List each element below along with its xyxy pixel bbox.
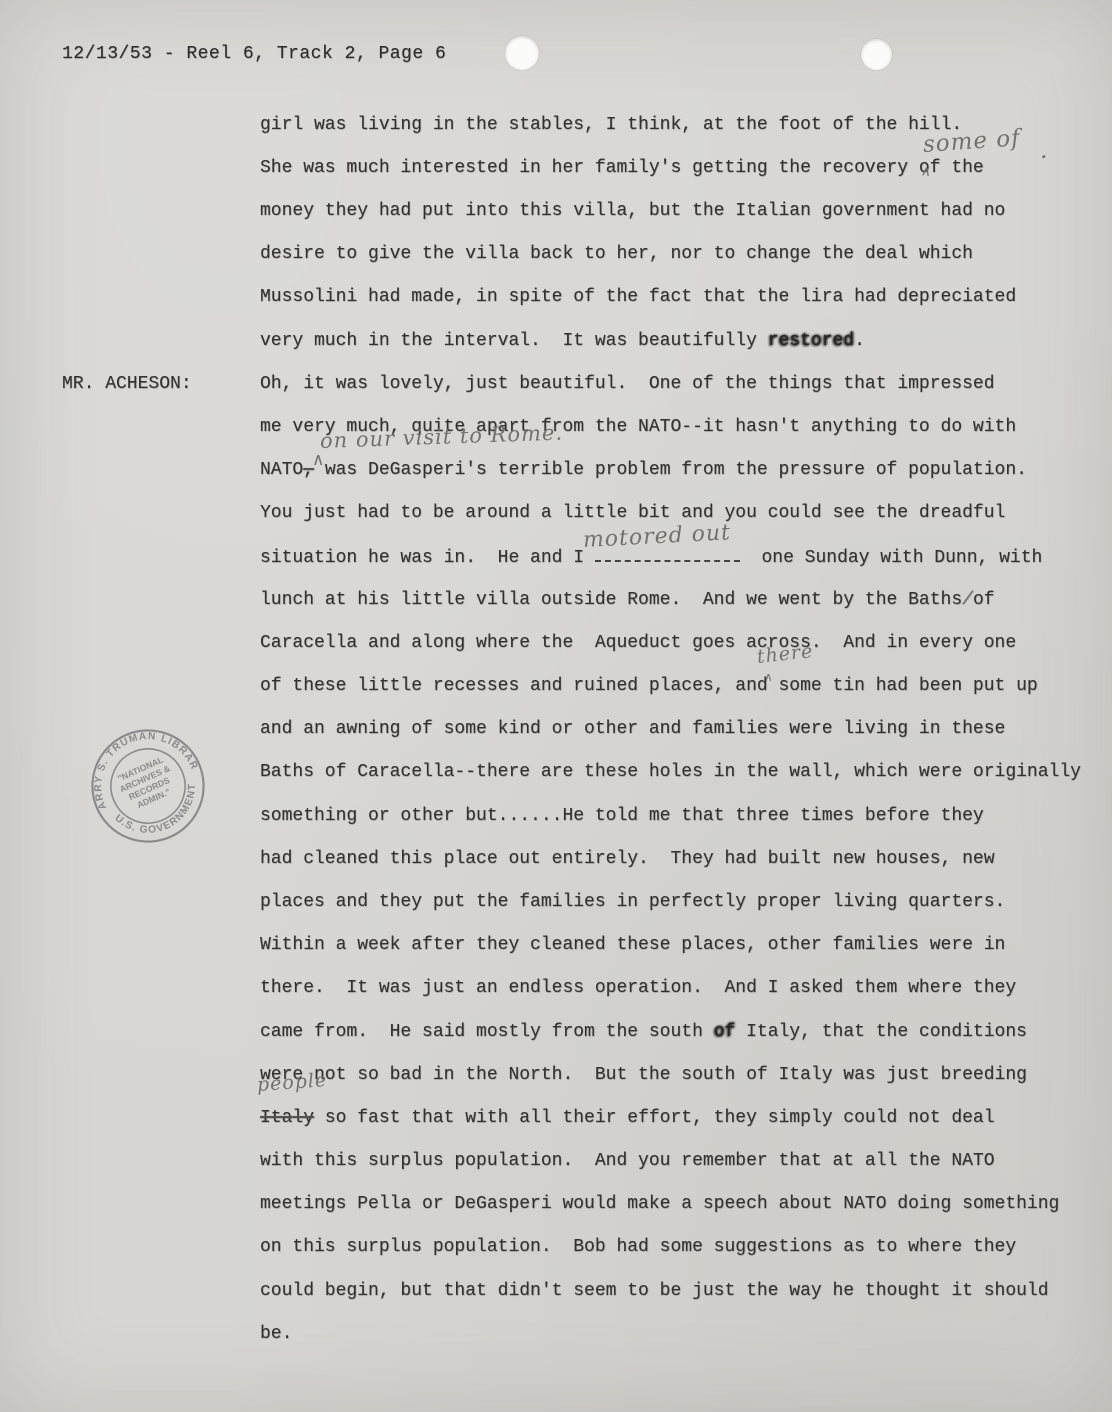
line-text: of these little recesses and ruined plac… [260, 676, 1038, 696]
line-text: lunch at his little villa outside Rome. … [260, 590, 995, 610]
line-text: You just had to be around a little bit a… [260, 503, 1005, 523]
transcript-line: with this surplus population. And you re… [0, 1140, 1112, 1183]
text-segment: there. It was just an endless operation.… [260, 978, 1016, 998]
text-segment: / [962, 590, 973, 610]
text-segment: and an awning of some kind or other and … [260, 719, 1005, 739]
text-segment: very much in the interval. It was beauti… [260, 331, 768, 351]
text-segment: lunch at his little villa outside Rome. … [260, 590, 962, 610]
transcript-line: there. It was just an endless operation.… [0, 967, 1112, 1010]
transcript-line: lunch at his little villa outside Rome. … [0, 578, 1112, 621]
transcript-line: situation he was in. He and I one Sunday… [0, 535, 1112, 578]
text-segment: NATO [260, 460, 303, 480]
transcript-line: Italy so fast that with all their effort… [0, 1096, 1112, 1139]
transcript-line: places and they put the families in perf… [0, 880, 1112, 923]
text-segment: me very much, quite apart from the NATO-… [260, 417, 1016, 437]
line-text: Italy so fast that with all their effort… [260, 1108, 995, 1128]
text-segment: of these little recesses and ruined plac… [260, 676, 1038, 696]
text-segment: be. [260, 1324, 292, 1344]
text-segment: Caracella and along where the Aqueduct g… [260, 633, 1016, 653]
text-segment: You just had to be around a little bit a… [260, 503, 1005, 523]
transcript-line: of these little recesses and ruined plac… [0, 664, 1112, 707]
transcript-line: were not so bad in the North. But the so… [0, 1053, 1112, 1096]
speaker-label: MR. ACHESON: [62, 374, 192, 394]
line-text: places and they put the families in perf… [260, 892, 1005, 912]
text-segment: Mussolini had made, in spite of the fact… [260, 287, 1016, 307]
line-text: Baths of Caracella--there are these hole… [260, 762, 1081, 782]
transcript-line: meetings Pella or DeGasperi would make a… [0, 1183, 1112, 1226]
line-text: could begin, but that didn't seem to be … [260, 1281, 1049, 1301]
line-text: money they had put into this villa, but … [260, 201, 1005, 221]
transcript-line: could begin, but that didn't seem to be … [0, 1269, 1112, 1312]
transcript-line: came from. He said mostly from the south… [0, 1010, 1112, 1053]
line-text: Within a week after they cleaned these p… [260, 935, 1005, 955]
line-text: Mussolini had made, in spite of the fact… [260, 287, 1016, 307]
transcript-line: money they had put into this villa, but … [0, 189, 1112, 232]
text-segment: came from. He said mostly from the south [260, 1022, 714, 1042]
text-segment: places and they put the families in perf… [260, 892, 1005, 912]
text-segment: had cleaned this place out entirely. The… [260, 849, 995, 869]
transcript-line: NATO, was DeGasperi's terrible problem f… [0, 449, 1112, 492]
line-text: very much in the interval. It was beauti… [260, 331, 865, 351]
line-text: Caracella and along where the Aqueduct g… [260, 633, 1016, 653]
transcript-line: You just had to be around a little bit a… [0, 492, 1112, 535]
line-text: desire to give the villa back to her, no… [260, 244, 973, 264]
text-segment [595, 544, 740, 562]
line-text: were not so bad in the North. But the so… [260, 1065, 1027, 1085]
text-segment: so fast that with all their effort, they… [314, 1108, 995, 1128]
text-segment: was DeGasperi's terrible problem from th… [314, 460, 1027, 480]
transcript-line: desire to give the villa back to her, no… [0, 233, 1112, 276]
text-segment: girl was living in the stables, I think,… [260, 115, 962, 135]
line-text: with this surplus population. And you re… [260, 1151, 995, 1171]
text-segment: were not so bad in the North. But the so… [260, 1065, 1027, 1085]
text-segment: Baths of Caracella--there are these hole… [260, 762, 1081, 782]
text-segment: money they had put into this villa, but … [260, 201, 1005, 221]
text-segment: Italy, that the conditions [735, 1022, 1027, 1042]
line-text: me very much, quite apart from the NATO-… [260, 417, 1016, 437]
punch-hole-left [505, 36, 539, 70]
line-text: there. It was just an endless operation.… [260, 978, 1016, 998]
text-segment: meetings Pella or DeGasperi would make a… [260, 1194, 1059, 1214]
text-segment: with this surplus population. And you re… [260, 1151, 995, 1171]
transcript-line: me very much, quite apart from the NATO-… [0, 405, 1112, 448]
page-header: 12/13/53 - Reel 6, Track 2, Page 6 [62, 44, 446, 64]
transcript-line: girl was living in the stables, I think,… [0, 103, 1112, 146]
transcript-line: Caracella and along where the Aqueduct g… [0, 621, 1112, 664]
punch-hole-right [861, 39, 892, 70]
text-segment: Oh, it was lovely, just beautiful. One o… [260, 374, 995, 394]
text-segment: of [973, 590, 995, 610]
transcript-line: Within a week after they cleaned these p… [0, 924, 1112, 967]
text-segment: situation he was in. He and I [260, 548, 595, 568]
line-text: something or other but......He told me t… [260, 806, 984, 826]
transcript-line: Mussolini had made, in spite of the fact… [0, 276, 1112, 319]
truman-library-archives-stamp: HARRY S. TRUMAN LIBRARY U.S. GOVERNMENT … [70, 708, 226, 864]
text-segment: desire to give the villa back to her, no… [260, 244, 973, 264]
transcript-line: on this surplus population. Bob had some… [0, 1226, 1112, 1269]
line-text: situation he was in. He and I one Sunday… [260, 544, 1042, 568]
text-segment: on this surplus population. Bob had some… [260, 1237, 1016, 1257]
text-segment: , [303, 460, 314, 480]
line-text: She was much interested in her family's … [260, 158, 984, 178]
text-segment: could begin, but that didn't seem to be … [260, 1281, 1049, 1301]
transcript-line: She was much interested in her family's … [0, 146, 1112, 189]
text-segment: restored [768, 331, 854, 351]
line-text: girl was living in the stables, I think,… [260, 115, 962, 135]
transcript-line: be. [0, 1312, 1112, 1355]
line-text: be. [260, 1324, 292, 1344]
line-text: meetings Pella or DeGasperi would make a… [260, 1194, 1059, 1214]
text-segment: . [854, 331, 865, 351]
line-text: NATO, was DeGasperi's terrible problem f… [260, 460, 1027, 480]
text-segment: She was much interested in her family's … [260, 158, 984, 178]
text-segment: of [714, 1022, 736, 1042]
line-text: had cleaned this place out entirely. The… [260, 849, 995, 869]
transcript-line: MR. ACHESON: Oh, it was lovely, just bea… [0, 362, 1112, 405]
text-segment: Within a week after they cleaned these p… [260, 935, 1005, 955]
text-segment: something or other but......He told me t… [260, 806, 984, 826]
line-text: came from. He said mostly from the south… [260, 1022, 1027, 1042]
line-text: on this surplus population. Bob had some… [260, 1237, 1016, 1257]
text-segment: one Sunday with Dunn, with [740, 548, 1042, 568]
document-page: 12/13/53 - Reel 6, Track 2, Page 6 girl … [0, 0, 1112, 1412]
line-text: and an awning of some kind or other and … [260, 719, 1005, 739]
text-segment: Italy [260, 1108, 314, 1128]
transcript-line: very much in the interval. It was beauti… [0, 319, 1112, 362]
line-text: Oh, it was lovely, just beautiful. One o… [260, 374, 995, 394]
